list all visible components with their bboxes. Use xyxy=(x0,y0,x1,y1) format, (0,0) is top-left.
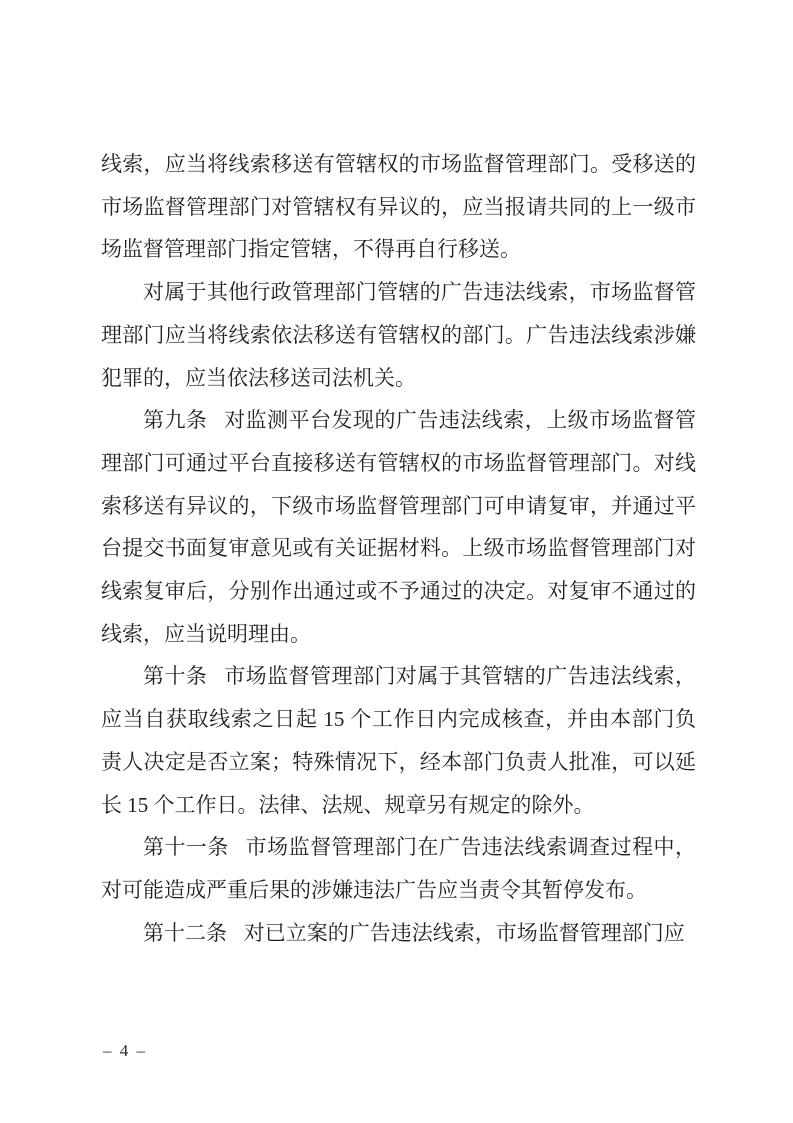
page-number: – 4 – xyxy=(103,1041,147,1061)
paragraph-article-12: 第十二条对已立案的广告违法线索，市场监督管理部门应 xyxy=(101,912,696,955)
paragraph-article-10: 第十条市场监督管理部门对属于其管辖的广告违法线索，应当自获取线索之日起 15 个… xyxy=(101,655,696,826)
document-body: 线索，应当将线索移送有管辖权的市场监督管理部门。受移送的市场监督管理部门对管辖权… xyxy=(101,143,696,954)
paragraph-article-9: 第九条对监测平台发现的广告违法线索，上级市场监督管理部门可通过平台直接移送有管辖… xyxy=(101,399,696,655)
article-12-number: 第十二条 xyxy=(143,921,227,945)
paragraph-transfer-rule: 对属于其他行政管理部门管辖的广告违法线索，市场监督管理部门应当将线索依法移送有管… xyxy=(101,271,696,399)
paragraph-continuation: 线索，应当将线索移送有管辖权的市场监督管理部门。受移送的市场监督管理部门对管辖权… xyxy=(101,143,696,271)
article-11-number: 第十一条 xyxy=(143,835,229,859)
article-10-number: 第十条 xyxy=(143,664,207,688)
paragraph-article-11: 第十一条市场监督管理部门在广告违法线索调查过程中，对可能造成严重后果的涉嫌违法广… xyxy=(101,826,696,911)
article-12-text: 对已立案的广告违法线索，市场监督管理部门应 xyxy=(244,921,685,945)
article-9-text: 对监测平台发现的广告违法线索，上级市场监督管理部门可通过平台直接移送有管辖权的市… xyxy=(101,408,696,646)
document-page: { "document": { "paragraphs": [ { "label… xyxy=(0,0,793,1123)
article-9-number: 第九条 xyxy=(143,408,207,432)
